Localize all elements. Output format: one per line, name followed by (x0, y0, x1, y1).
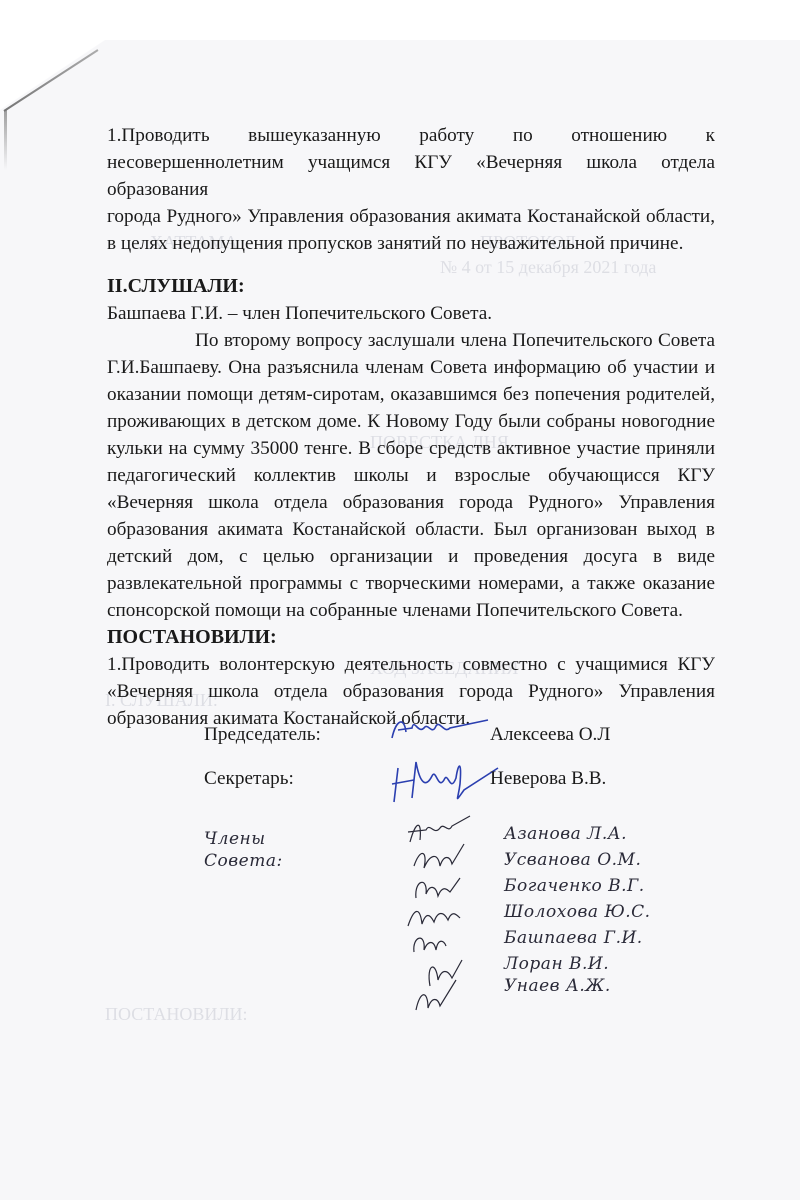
member-name: Шолохова Ю.С. (504, 902, 651, 922)
text-line: детский дом, с целью организации и прове… (107, 543, 715, 570)
chair-name: Алексеева О.Л (490, 724, 610, 746)
text-line: оказании помощи детям-сиротам, оказавшим… (107, 381, 715, 408)
text-line: развлекательной программы с творческими … (107, 570, 715, 597)
chair-role-label: Председатель: (204, 724, 321, 746)
section-body: По второму вопросу заслушали члена Попеч… (107, 327, 715, 624)
member-name: Азанова Л.А. (504, 824, 627, 844)
chair-signature-scribble (384, 710, 494, 750)
chair-signature-row: Председатель: Алексеева О.Л (204, 724, 724, 758)
members-label-line: Совета: (204, 850, 283, 872)
signature-block: Председатель: Алексеева О.Л Секретарь: Н… (204, 724, 724, 802)
secretary-role-label: Секретарь: (204, 768, 294, 790)
document-body: 1.Проводить вышеуказанную работу по отно… (107, 122, 715, 732)
speaker-line: Башпаева Г.И. – член Попечительского Сов… (107, 300, 715, 327)
secretary-signature-scribble (384, 754, 504, 810)
text-line: кульки на сумму 35000 тенге. В сборе сре… (107, 435, 715, 462)
text-line: По второму вопросу заслушали члена Попеч… (107, 327, 715, 354)
member-name: Усванова О.М. (504, 850, 641, 870)
text-line: педагогический коллектив школы и взрослы… (107, 462, 715, 489)
text-line: 1.Проводить волонтерскую деятельность со… (107, 651, 715, 678)
text-line: несовершеннолетним учащимся КГУ «Вечерня… (107, 149, 715, 203)
text-line: 1.Проводить вышеуказанную работу по отно… (107, 122, 715, 149)
section-heading-heard: II.СЛУШАЛИ: (107, 273, 715, 300)
member-name: Башпаева Г.И. (504, 928, 643, 948)
member-name: Лоран В.И. (504, 954, 609, 974)
members-label-line: Члены (204, 828, 283, 850)
text-line: «Вечерняя школа отдела образования город… (107, 489, 715, 516)
previous-resolution-item: 1.Проводить вышеуказанную работу по отно… (107, 122, 715, 257)
text-line: спонсорской помощи на собранные членами … (107, 597, 715, 624)
text-line: «Вечерняя школа отдела образования город… (107, 678, 715, 705)
text-line: в целях недопущения пропусков занятий по… (107, 230, 715, 257)
member-name: Унаев А.Ж. (504, 976, 611, 996)
text-line: города Рудного» Управления образования а… (107, 203, 715, 230)
member-name: Богаченко В.Г. (504, 876, 645, 896)
page-left-edge (4, 110, 7, 170)
members-signature-scribbles (400, 814, 500, 1014)
text-line: образования акимата Костанайской области… (107, 516, 715, 543)
secretary-name: Неверова В.В. (490, 768, 606, 790)
text-line: Г.И.Башпаеву. Она разъяснила членам Сове… (107, 354, 715, 381)
members-label: Члены Совета: (204, 828, 283, 872)
section-heading-resolved: ПОСТАНОВИЛИ: (107, 624, 715, 651)
text-line: проживающих в детском доме. К Новому Год… (107, 408, 715, 435)
secretary-signature-row: Секретарь: Неверова В.В. (204, 768, 724, 802)
board-members-signatures: Члены Совета: Азанова Л.А. Усванова О.М.… (204, 828, 724, 1008)
